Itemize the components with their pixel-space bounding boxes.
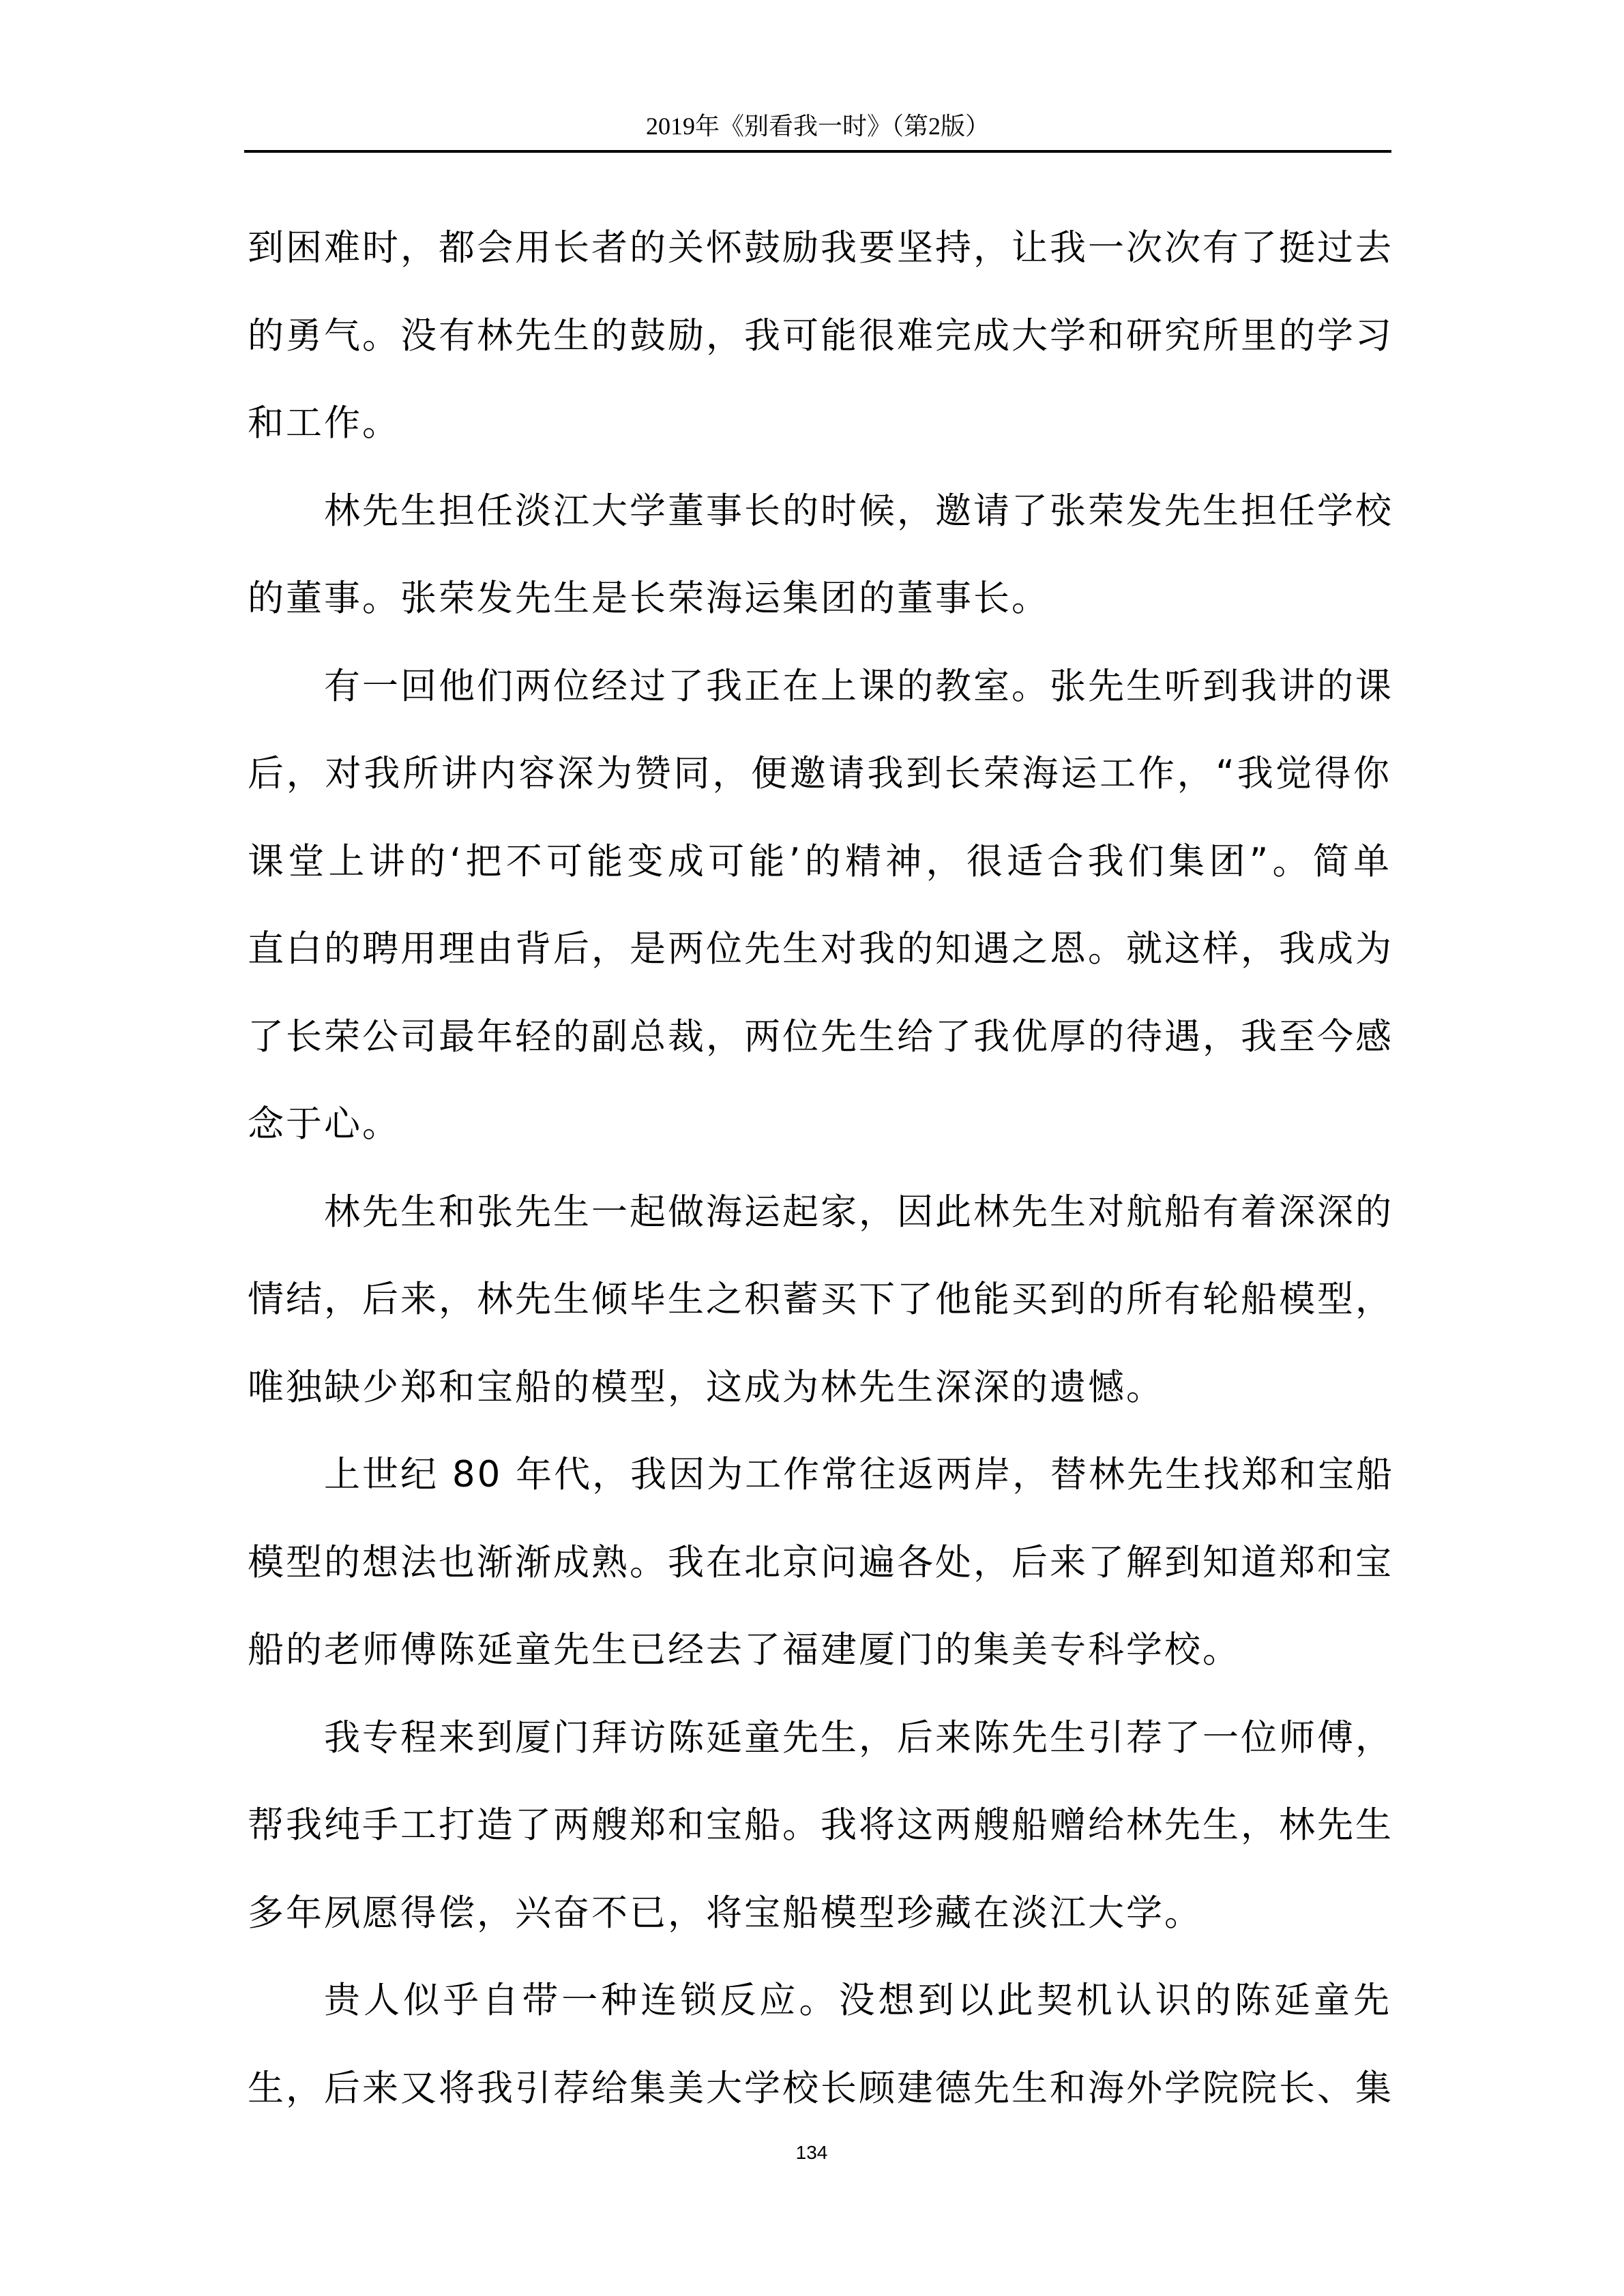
page-number: 134 [778, 2141, 846, 2164]
paragraph: 有一回他们两位经过了我正在上课的教室。张先生听到我讲的课 后，对我所讲内容深为赞… [248, 643, 1391, 1169]
text-line: 贵人似乎自带一种连锁反应。没想到以此契机认识的陈延童先 [248, 1957, 1391, 2045]
text-line: 课堂上讲的‘把不可能变成可能’的精神，很适合我们集团”。简单 [248, 818, 1391, 906]
paragraph: 林先生担任淡江大学董事长的时候，邀请了张荣发先生担任学校 的董事。张荣发先生是长… [248, 468, 1391, 643]
text-line: 到困难时，都会用长者的关怀鼓励我要坚持，让我一次次有了挺过去 [248, 205, 1391, 293]
text-line: 的勇气。没有林先生的鼓励，我可能很难完成大学和研究所里的学习 [248, 293, 1391, 381]
paragraph: 贵人似乎自带一种连锁反应。没想到以此契机认识的陈延童先 生，后来又将我引荐给集美… [248, 1957, 1391, 2132]
text-line: 念于心。 [248, 1081, 1391, 1169]
text-line: 了长荣公司最年轻的副总裁，两位先生给了我优厚的待遇，我至今感 [248, 994, 1391, 1082]
paragraph: 我专程来到厦门拜访陈延童先生，后来陈先生引荐了一位师傅， 帮我纯手工打造了两艘郑… [248, 1695, 1391, 1958]
text-line: 林先生担任淡江大学董事长的时候，邀请了张荣发先生担任学校 [248, 468, 1391, 556]
text-line: 林先生和张先生一起做海运起家，因此林先生对航船有着深深的 [248, 1169, 1391, 1257]
text-line: 船的老师傅陈延童先生已经去了福建厦门的集美专科学校。 [248, 1607, 1391, 1695]
text-line: 和工作。 [248, 380, 1391, 468]
text-line: 上世纪 80 年代，我因为工作常往返两岸，替林先生找郑和宝船 [248, 1431, 1391, 1519]
running-header: 2019年《别看我一时》（第2版） [244, 109, 1391, 143]
header-divider [244, 150, 1391, 153]
text-line: 后，对我所讲内容深为赞同，便邀请我到长荣海运工作，“我觉得你 [248, 730, 1391, 818]
text-line: 生，后来又将我引荐给集美大学校长顾建德先生和海外学院院长、集 [248, 2045, 1391, 2133]
text-line: 唯独缺少郑和宝船的模型，这成为林先生深深的遗憾。 [248, 1344, 1391, 1432]
text-line: 帮我纯手工打造了两艘郑和宝船。我将这两艘船赠给林先生，林先生 [248, 1782, 1391, 1870]
text-line: 的董事。张荣发先生是长荣海运集团的董事长。 [248, 555, 1391, 643]
text-line: 有一回他们两位经过了我正在上课的教室。张先生听到我讲的课 [248, 643, 1391, 731]
text-line: 情结，后来，林先生倾毕生之积蓄买下了他能买到的所有轮船模型， [248, 1256, 1391, 1344]
body-text: 到困难时，都会用长者的关怀鼓励我要坚持，让我一次次有了挺过去 的勇气。没有林先生… [248, 205, 1391, 2132]
paragraph: 到困难时，都会用长者的关怀鼓励我要坚持，让我一次次有了挺过去 的勇气。没有林先生… [248, 205, 1391, 468]
paragraph: 林先生和张先生一起做海运起家，因此林先生对航船有着深深的 情结，后来，林先生倾毕… [248, 1169, 1391, 1432]
text-line: 直白的聘用理由背后，是两位先生对我的知遇之恩。就这样，我成为 [248, 906, 1391, 994]
text-line: 多年夙愿得偿，兴奋不已，将宝船模型珍藏在淡江大学。 [248, 1870, 1391, 1958]
text-line: 模型的想法也渐渐成熟。我在北京问遍各处，后来了解到知道郑和宝 [248, 1519, 1391, 1607]
text-line: 我专程来到厦门拜访陈延童先生，后来陈先生引荐了一位师傅， [248, 1695, 1391, 1783]
paragraph: 上世纪 80 年代，我因为工作常往返两岸，替林先生找郑和宝船 模型的想法也渐渐成… [248, 1431, 1391, 1695]
